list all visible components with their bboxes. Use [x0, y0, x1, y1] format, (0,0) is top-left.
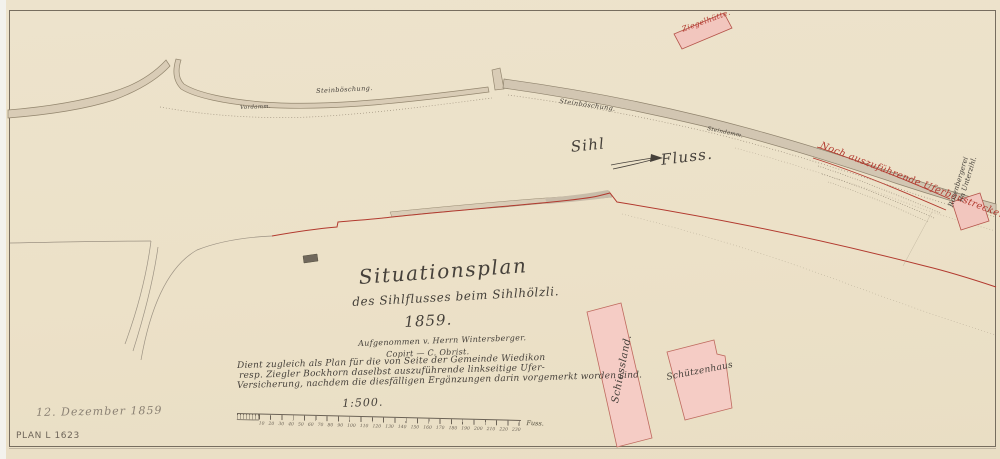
boundary-diagonal: [903, 212, 932, 266]
scalebar-unit: Fuss.: [526, 419, 544, 427]
embankment-band-middle: [174, 59, 489, 108]
map-sheet: Steinböschung. Vordamm. Steinböschung. S…: [0, 0, 1000, 459]
map-linework: [0, 0, 1000, 459]
road-line-horizontal: [10, 241, 151, 243]
map-year: 1859.: [404, 311, 453, 330]
small-dark-building: [303, 254, 318, 263]
road-line-steep-1: [125, 241, 151, 344]
label-foreland: Vordamm.: [240, 104, 271, 111]
road-line-steep-2: [133, 247, 158, 351]
embankment-stub: [492, 68, 504, 90]
scale-ratio: 1:500.: [342, 397, 384, 411]
scalebar-subdivision: [237, 413, 259, 421]
pencil-date-note: 12. Dezember 1859: [36, 405, 163, 419]
archive-stamp: PLAN L 1623: [16, 432, 80, 442]
road-curve-to-bank: [141, 236, 272, 360]
lower-bank-dotted-curve: [622, 214, 996, 335]
embankment-band-left: [8, 60, 170, 118]
label-river-sihl: Sihl: [570, 135, 606, 155]
